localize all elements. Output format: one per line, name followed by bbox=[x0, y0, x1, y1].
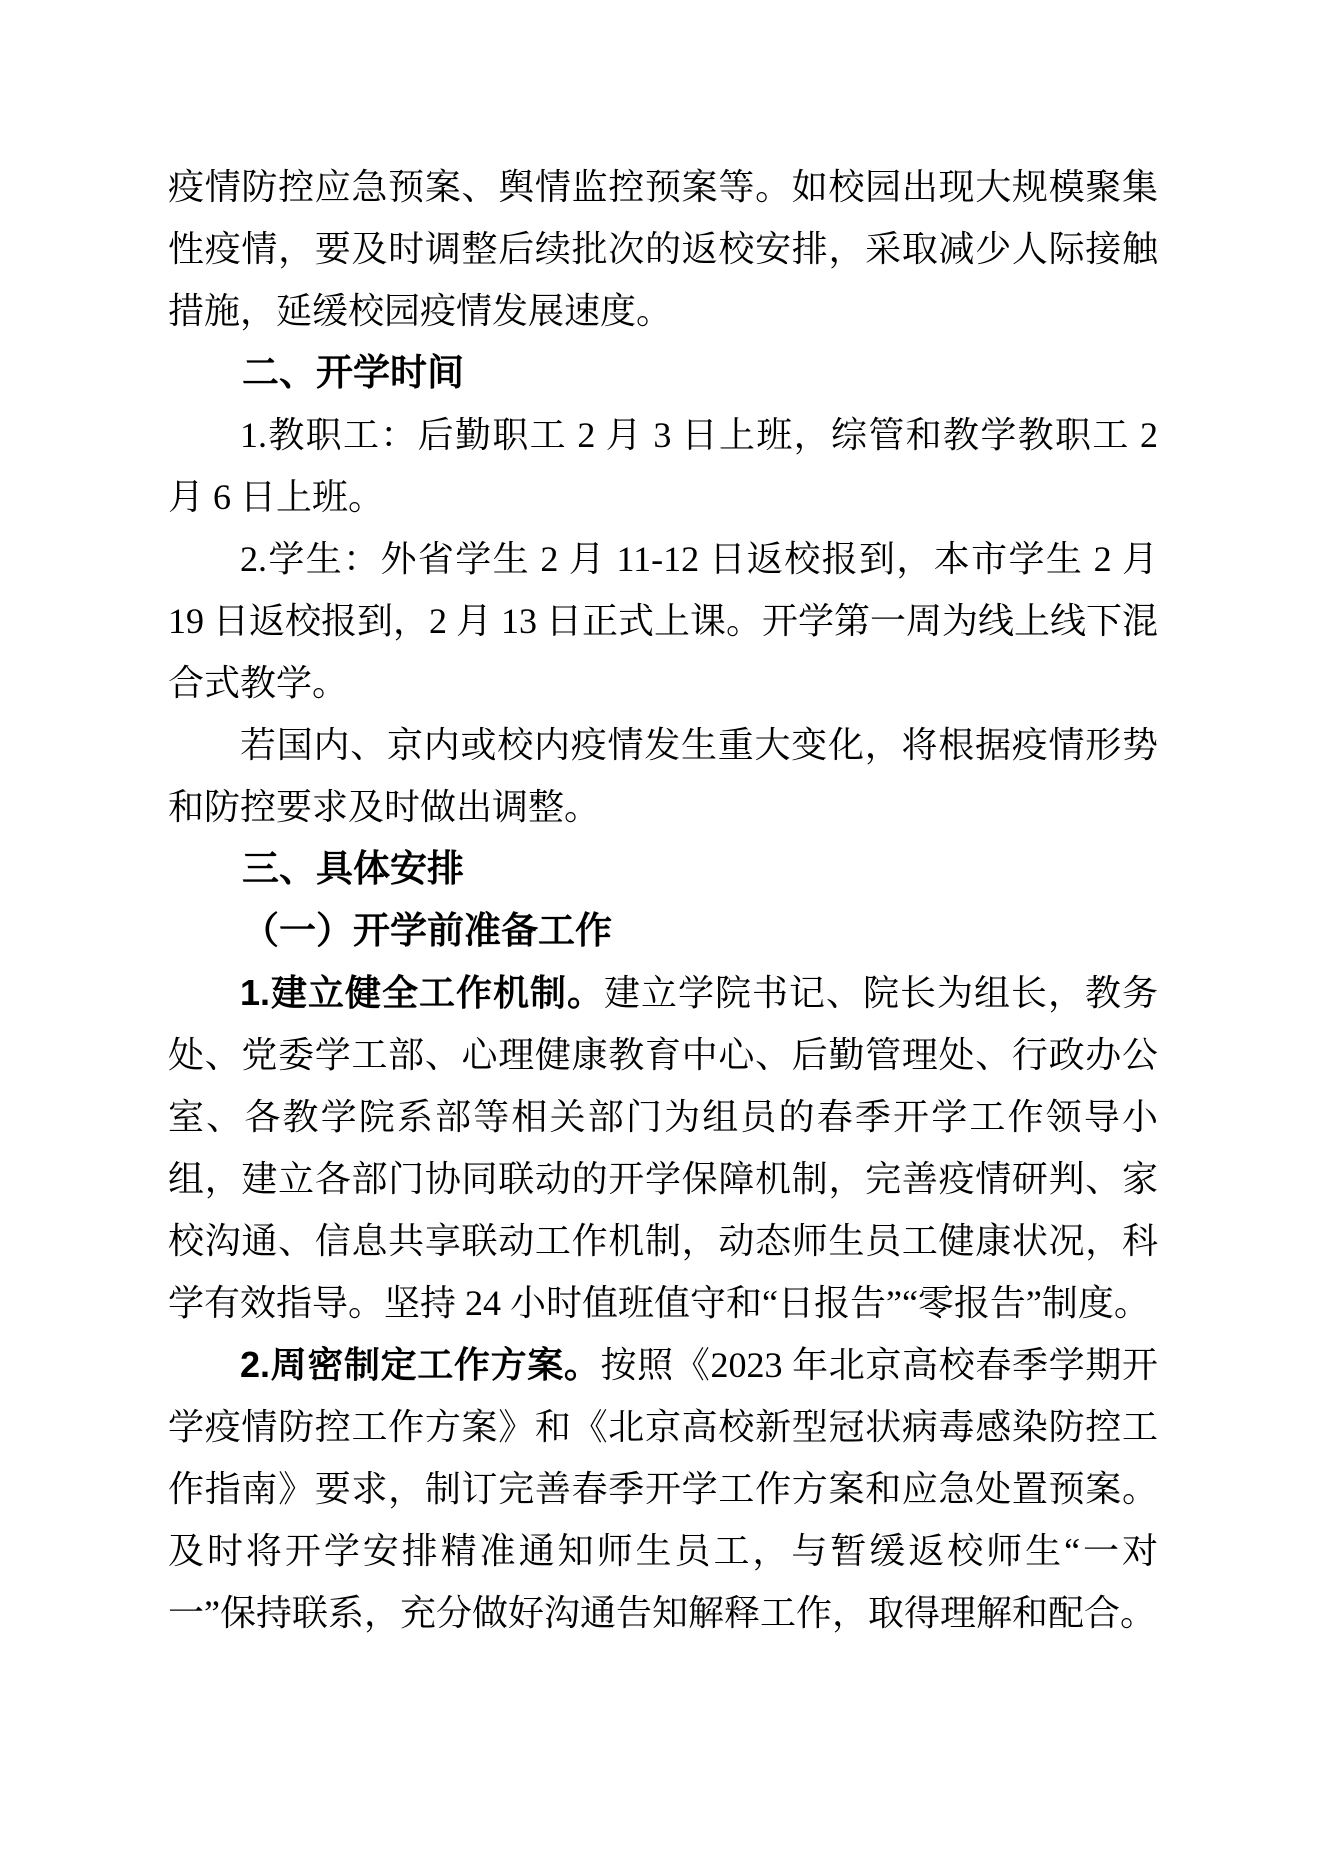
paragraph-work-plan: 2.周密制定工作方案。按照《2023 年北京高校春季学期开学疫情防控工作方案》和… bbox=[168, 1334, 1158, 1644]
paragraph-work-mechanism: 1.建立健全工作机制。建立学院书记、院长为组长，教务处、党委学工部、心理健康教育… bbox=[168, 962, 1158, 1334]
paragraph-staff-return-schedule: 1.教职工：后勤职工 2 月 3 日上班，综管和教学教职工 2 月 6 日上班。 bbox=[168, 404, 1158, 528]
heading-section-2-opening-time: 二、开学时间 bbox=[168, 342, 1158, 404]
paragraph-student-return-schedule: 2.学生：外省学生 2 月 11-12 日返校报到，本市学生 2 月 19 日返… bbox=[168, 528, 1158, 714]
paragraph-epidemic-contingency: 疫情防控应急预案、舆情监控预案等。如校园出现大规模聚集性疫情，要及时调整后续批次… bbox=[168, 156, 1158, 342]
paragraph-work-plan-text: 按照《2023 年北京高校春季学期开学疫情防控工作方案》和《北京高校新型冠状病毒… bbox=[168, 1345, 1158, 1633]
document-content: 疫情防控应急预案、舆情监控预案等。如校园出现大规模聚集性疫情，要及时调整后续批次… bbox=[168, 156, 1158, 1644]
paragraph-work-mechanism-text: 建立学院书记、院长为组长，教务处、党委学工部、心理健康教育中心、后勤管理处、行政… bbox=[168, 973, 1158, 1323]
heading-subsection-1-pre-opening-preparation: （一）开学前准备工作 bbox=[168, 900, 1158, 962]
paragraph-work-plan-lead: 2.周密制定工作方案。 bbox=[240, 1344, 601, 1385]
paragraph-adjustment-clause: 若国内、京内或校内疫情发生重大变化，将根据疫情形势和防控要求及时做出调整。 bbox=[168, 714, 1158, 838]
paragraph-work-mechanism-lead: 1.建立健全工作机制。 bbox=[240, 972, 604, 1013]
document-page: 疫情防控应急预案、舆情监控预案等。如校园出现大规模聚集性疫情，要及时调整后续批次… bbox=[0, 0, 1323, 1871]
heading-section-3-specific-arrangements: 三、具体安排 bbox=[168, 838, 1158, 900]
